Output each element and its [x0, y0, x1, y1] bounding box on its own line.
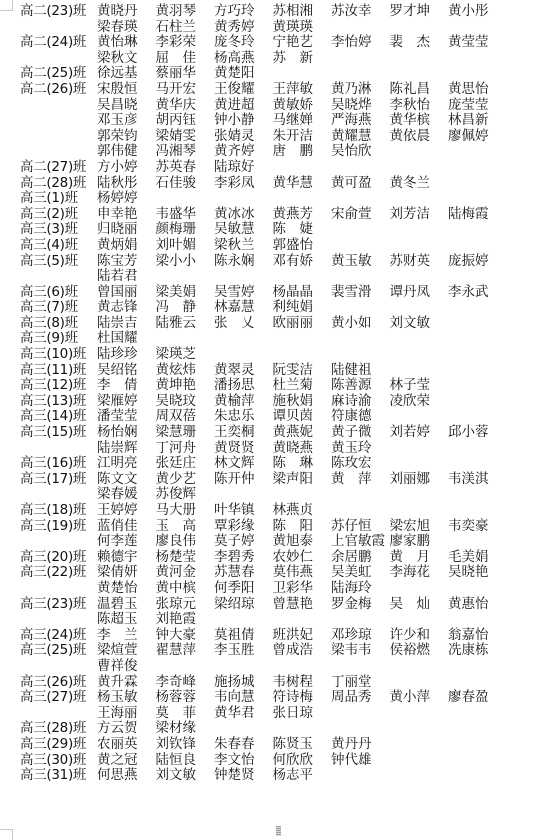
class-row: 高三(23)班温碧玉张琼元梁绍琼曾慧艳罗金梅吴 灿黄惠怡: [20, 597, 507, 613]
student-name: 罗才坤: [390, 4, 449, 20]
student-name: 吴雪婷: [214, 285, 273, 301]
class-row: 吴昌晓黄华庆黄进超黄敏娇吴晓烨李秋怡庞莹莹: [20, 98, 507, 114]
student-name: 凌欣荣: [390, 394, 449, 410]
student-name: 何思燕: [97, 768, 156, 784]
student-name: 阮雯洁: [273, 363, 332, 379]
class-row: 黄楚怡黄中槟何季阳卫彩华陆海玲: [20, 581, 507, 597]
class-label: 高三(2)班: [20, 207, 97, 223]
class-label: 高二(23)班: [20, 4, 97, 20]
student-name: 申幸艳: [97, 207, 156, 223]
class-label: [20, 706, 97, 722]
student-name: 符诗梅: [273, 690, 332, 706]
student-name: 周双蓓: [156, 409, 215, 425]
student-name: 陈 琳: [273, 456, 332, 472]
student-name: 黄小萍: [390, 690, 449, 706]
student-name: 莫伟燕: [273, 565, 332, 581]
student-name: 曾慧艳: [273, 597, 332, 613]
class-label: [20, 581, 97, 597]
student-name: 李文怡: [214, 753, 273, 769]
student-name: 韦向慧: [214, 690, 273, 706]
student-name: 杨蓉蓉: [156, 690, 215, 706]
class-label: 高三(25)班: [20, 643, 97, 659]
class-label: 高三(12)班: [20, 378, 97, 394]
student-name: 施扬城: [214, 675, 273, 691]
student-name: 林子莹: [390, 378, 449, 394]
student-name: 黄小如: [331, 316, 390, 332]
student-name: 黄河金: [156, 565, 215, 581]
student-name: 吴昌晓: [97, 98, 156, 114]
page-corner-mark-top: [0, 0, 13, 11]
student-name: 李 兰: [97, 628, 156, 644]
student-name: 杨玉敏: [97, 690, 156, 706]
student-name: 黄旭泰: [273, 534, 332, 550]
student-name: 黄玉玲: [331, 441, 390, 457]
class-row: 高三(15)班杨怡娴梁慧珊王奕桐黄燕妮黄子微刘若婷邱小蓉: [20, 425, 507, 441]
class-row: 高二(26)班宋殷恒马开宏王俊耀王萍敏黄乃淋陈礼昌黄思怡: [20, 82, 507, 98]
student-name: 严海燕: [331, 113, 390, 129]
class-row: 高三(7)班黄志锋冯 静林嘉慧利纯娟: [20, 300, 507, 316]
class-row: 高三(22)班梁倩妍黄河金苏慧春莫伟燕吴美虹李海花吴晓艳: [20, 565, 507, 581]
student-name: 黄中槟: [156, 581, 215, 597]
student-name: 杨楚莹: [156, 550, 215, 566]
student-name: 梁慧珊: [156, 425, 215, 441]
student-name: 黄志锋: [97, 300, 156, 316]
student-name: 李海花: [390, 565, 449, 581]
student-name: 韦树程: [273, 675, 332, 691]
student-name: 翁嘉怡: [448, 628, 507, 644]
student-name: 黄晓燕: [273, 441, 332, 457]
student-name: 刘艳霞: [156, 612, 215, 628]
class-row: 高三(10)班陆珍珍梁瑛芝: [20, 347, 507, 363]
student-name: 符康德: [331, 409, 390, 425]
student-name: 王俊耀: [214, 82, 273, 98]
student-name: 苏 新: [273, 51, 332, 67]
student-name: 黄燕妮: [273, 425, 332, 441]
class-label: 高二(24)班: [20, 35, 97, 51]
student-name: 陈永娴: [214, 254, 273, 270]
class-row: 高三(13)班梁雁婷吴晓玟黄榆萍施秋娟麻诗渝凌欣荣: [20, 394, 507, 410]
page-corner-mark-bottom: [0, 829, 13, 840]
student-name: 蓝俏佳: [97, 519, 156, 535]
class-row: 高三(28)班方云贺梁材缘: [20, 721, 507, 737]
student-name: 李永武: [448, 285, 507, 301]
class-row: 曹祥俊: [20, 659, 507, 675]
class-row: 高三(30)班黄之冠陆恒良李文怡何欣欣钟代雄: [20, 753, 507, 769]
class-label: [20, 144, 97, 160]
student-name: 梁煊萱: [97, 643, 156, 659]
student-name: 陆秋彤: [97, 176, 156, 192]
student-name: 杨怡娴: [97, 425, 156, 441]
student-name: 马大册: [156, 503, 215, 519]
student-name: 黄炳娟: [97, 238, 156, 254]
student-name: 邓玉彦: [97, 113, 156, 129]
student-name: 梁婧雯: [156, 129, 215, 145]
student-name: 黄晓丹: [97, 4, 156, 20]
student-name: 邓有娇: [273, 254, 332, 270]
student-name: 苏英春: [156, 160, 215, 176]
student-name: 李怡婷: [331, 35, 390, 51]
class-label: [20, 98, 97, 114]
student-name: 黄坤艳: [156, 378, 215, 394]
student-name: 吴怡欣: [331, 144, 390, 160]
student-name: 莫子婷: [214, 534, 273, 550]
student-name: 施秋娟: [273, 394, 332, 410]
student-name: 郭伟健: [97, 144, 156, 160]
student-name: 钟楚贤: [214, 768, 273, 784]
student-name: 莫 菲: [156, 706, 215, 722]
student-name: 吴敏慧: [214, 222, 273, 238]
student-name: 王奕桐: [214, 425, 273, 441]
class-label: 高三(3)班: [20, 222, 97, 238]
class-label: 高三(6)班: [20, 285, 97, 301]
student-name: 曾国丽: [97, 285, 156, 301]
class-label: 高三(1)班: [20, 191, 97, 207]
student-name: 苏俊辉: [156, 487, 215, 503]
student-name: 陆崇辉: [97, 441, 156, 457]
student-name: 钟小静: [214, 113, 273, 129]
student-name: 庞冬玲: [214, 35, 273, 51]
student-name: 陆珍珍: [97, 347, 156, 363]
class-label: [20, 659, 97, 675]
student-name: 陆梅霞: [448, 207, 507, 223]
student-name: 方云贺: [97, 721, 156, 737]
student-name: 余居鹏: [331, 550, 390, 566]
class-row: 高三(27)班杨玉敏杨蓉蓉韦向慧符诗梅周品秀黄小萍廖春盈: [20, 690, 507, 706]
class-label: 高三(14)班: [20, 409, 97, 425]
student-name: 朱开洁: [273, 129, 332, 145]
class-row: 高二(23)班黄晓丹黄羽琴方巧玲苏相湘苏汝幸罗才坤黄小彤: [20, 4, 507, 20]
class-row: 高三(25)班梁煊萱翟慧萍李玉胜曾成浩梁韦韦侯裕燃冼康栋: [20, 643, 507, 659]
student-name: 杨晶晶: [273, 285, 332, 301]
class-row: 高三(17)班陈文文黄少艺陈开仲梁声阳黄 萍刘丽娜韦渼淇: [20, 472, 507, 488]
student-name: 李秋怡: [390, 98, 449, 114]
class-label: 高三(30)班: [20, 753, 97, 769]
student-name: 黄冰冰: [214, 207, 273, 223]
student-name: 林昌新: [448, 113, 507, 129]
student-name: 丁河舟: [156, 441, 215, 457]
class-label: 高三(7)班: [20, 300, 97, 316]
student-name: 胡丙钰: [156, 113, 215, 129]
class-label: [20, 534, 97, 550]
class-row: 高三(5)班陈宝芳梁小小陈永娴邓有娇黄玉敏苏财英庞振婷: [20, 254, 507, 270]
student-name: 潘扬思: [214, 378, 273, 394]
student-name: 黄翠灵: [214, 363, 273, 379]
student-name: 陆雅云: [156, 316, 215, 332]
student-class-list: 高二(23)班黄晓丹黄羽琴方巧玲苏相湘苏汝幸罗才坤黄小彤梁春瑛石柱兰黄秀婷黄瑛瑛…: [20, 4, 507, 784]
student-name: 李彩荣: [156, 35, 215, 51]
student-name: 黄瑛瑛: [273, 20, 332, 36]
student-name: 周品秀: [331, 690, 390, 706]
class-label: [20, 20, 97, 36]
student-name: 陈贤玉: [273, 737, 332, 753]
class-label: 高三(26)班: [20, 675, 97, 691]
student-name: 苏仔恒: [331, 519, 390, 535]
student-name: 梁秋文: [97, 51, 156, 67]
student-name: 黄炫炜: [156, 363, 215, 379]
class-label: 高三(15)班: [20, 425, 97, 441]
student-name: 唐 鹏: [273, 144, 332, 160]
student-name: 邱小蓉: [448, 425, 507, 441]
student-name: 刘若婷: [390, 425, 449, 441]
class-label: 高三(29)班: [20, 737, 97, 753]
student-name: 黄依晨: [390, 129, 449, 145]
class-row: 高三(26)班黄升霖李奇峰施扬城韦树程丁丽堂: [20, 675, 507, 691]
class-label: [20, 113, 97, 129]
student-name: 刘叶媚: [156, 238, 215, 254]
class-row: 高三(19)班蓝俏佳玉 高覃彩缘陈 阳苏仔恒梁宏旭韦奕豪: [20, 519, 507, 535]
student-name: 宋俞萱: [331, 207, 390, 223]
student-name: 曾成浩: [273, 643, 332, 659]
student-name: 欧丽丽: [273, 316, 332, 332]
student-name: 刘丽娜: [390, 472, 449, 488]
student-name: 苏财英: [390, 254, 449, 270]
class-label: 高三(27)班: [20, 690, 97, 706]
class-row: 高三(6)班曾国丽梁美娟吴雪婷杨晶晶裴雪滑谭丹凤李永武: [20, 285, 507, 301]
class-label: 高三(31)班: [20, 768, 97, 784]
student-name: 宋殷恒: [97, 82, 156, 98]
class-row: 邓玉彦胡丙钰钟小静马继婵严海燕黄华槟林昌新: [20, 113, 507, 129]
class-label: 高三(17)班: [20, 472, 97, 488]
student-name: 梁秋兰: [214, 238, 273, 254]
student-name: 张日琼: [273, 706, 332, 722]
student-name: 陈礼昌: [390, 82, 449, 98]
student-name: 钟大豪: [156, 628, 215, 644]
student-name: 方小婷: [97, 160, 156, 176]
student-name: 梁绍琼: [214, 597, 273, 613]
student-name: 郭荣钧: [97, 129, 156, 145]
class-row: 梁春瑛石柱兰黄秀婷黄瑛瑛: [20, 20, 507, 36]
class-row: 何李莲廖良伟莫子婷黄旭泰上官敏霞廖家鹏: [20, 534, 507, 550]
student-name: 郭盛怡: [273, 238, 332, 254]
student-name: 黄冬兰: [390, 176, 449, 192]
student-name: 陆恒良: [156, 753, 215, 769]
student-name: 梁声阳: [273, 472, 332, 488]
student-name: 石柱兰: [156, 20, 215, 36]
student-name: 吴晓烨: [331, 98, 390, 114]
student-name: 梁韦韦: [331, 643, 390, 659]
student-name: 谭贝茵: [273, 409, 332, 425]
student-name: 王萍敏: [273, 82, 332, 98]
student-name: 温碧玉: [97, 597, 156, 613]
student-name: 玉 高: [156, 519, 215, 535]
student-name: 杜国耀: [97, 331, 156, 347]
student-name: 吴美虹: [331, 565, 390, 581]
class-row: 高三(24)班李 兰钟大豪莫祖倩班洪妃邓珍琼许少和翁嘉怡: [20, 628, 507, 644]
student-name: 侯裕燃: [390, 643, 449, 659]
student-name: 廖佩婷: [448, 129, 507, 145]
class-row: 郭伟健冯湘琴黄齐婷唐 鹏吴怡欣: [20, 144, 507, 160]
student-name: 黄思怡: [448, 82, 507, 98]
student-name: 徐远基: [97, 66, 156, 82]
student-name: 吴晓艳: [448, 565, 507, 581]
student-name: 杨婷婷: [97, 191, 156, 207]
student-name: 翟慧萍: [156, 643, 215, 659]
student-name: 钟代雄: [331, 753, 390, 769]
student-name: 马继婵: [273, 113, 332, 129]
student-name: 陆健祖: [331, 363, 390, 379]
student-name: 农丽英: [97, 737, 156, 753]
student-name: 黄华庆: [156, 98, 215, 114]
student-name: 廖家鹏: [390, 534, 449, 550]
student-name: 黄敏娇: [273, 98, 332, 114]
class-row: 高二(25)班徐远基蔡丽华黄楚阳: [20, 66, 507, 82]
class-row: 陆崇辉丁河舟黄贤贤黄晓燕黄玉玲: [20, 441, 507, 457]
student-name: 刘钦锋: [156, 737, 215, 753]
student-name: 刘文敏: [390, 316, 449, 332]
student-name: 张 乂: [214, 316, 273, 332]
class-label: 高二(26)班: [20, 82, 97, 98]
student-name: 曹祥俊: [97, 659, 156, 675]
student-name: 丁丽堂: [331, 675, 390, 691]
student-name: 黄升霖: [97, 675, 156, 691]
class-row: 高三(4)班黄炳娟刘叶媚梁秋兰郭盛怡: [20, 238, 507, 254]
student-name: 利纯娟: [273, 300, 332, 316]
class-row: 陈超玉刘艳霞: [20, 612, 507, 628]
class-row: 高三(1)班杨婷婷: [20, 191, 507, 207]
student-name: 王婷婷: [97, 503, 156, 519]
student-name: 杜兰菊: [273, 378, 332, 394]
student-name: 许少和: [390, 628, 449, 644]
class-row: 高三(3)班归晓丽颜梅珊吴敏慧陈 婕: [20, 222, 507, 238]
student-name: 梁春瑛: [97, 20, 156, 36]
class-row: 高三(8)班陆崇吉陆雅云张 乂欧丽丽黄小如刘文敏: [20, 316, 507, 332]
student-name: 罗金梅: [331, 597, 390, 613]
student-name: 黄进超: [214, 98, 273, 114]
student-name: 黄之冠: [97, 753, 156, 769]
student-name: 王海丽: [97, 706, 156, 722]
student-name: 黄惠怡: [448, 597, 507, 613]
student-name: 归晓丽: [97, 222, 156, 238]
student-name: 陆琼好: [214, 160, 273, 176]
student-name: 冯 静: [156, 300, 215, 316]
class-label: [20, 269, 97, 285]
student-name: 庞振婷: [448, 254, 507, 270]
class-row: 高三(12)班李 倩黄坤艳潘扬思杜兰菊陈善源林子莹: [20, 378, 507, 394]
class-label: 高二(27)班: [20, 160, 97, 176]
student-name: 宁艳艺: [273, 35, 332, 51]
class-row: 高二(27)班方小婷苏英春陆琼好: [20, 160, 507, 176]
class-row: 高三(11)班吴绍铭黄炫炜黄翠灵阮雯洁陆健祖: [20, 363, 507, 379]
student-name: 蔡丽华: [156, 66, 215, 82]
student-name: 何欣欣: [273, 753, 332, 769]
class-label: [20, 612, 97, 628]
student-name: 张婧灵: [214, 129, 273, 145]
student-name: 梁倩妍: [97, 565, 156, 581]
student-name: 何李莲: [97, 534, 156, 550]
class-label: 高三(9)班: [20, 331, 97, 347]
student-name: 吴 灿: [390, 597, 449, 613]
student-name: 吴绍铭: [97, 363, 156, 379]
student-name: 廖春盈: [448, 690, 507, 706]
student-name: 梁小小: [156, 254, 215, 270]
student-name: 黄子微: [331, 425, 390, 441]
student-name: 廖良伟: [156, 534, 215, 550]
class-label: 高三(22)班: [20, 565, 97, 581]
student-name: 陈开仲: [214, 472, 273, 488]
student-name: 马开宏: [156, 82, 215, 98]
class-label: 高三(4)班: [20, 238, 97, 254]
student-name: 庞莹莹: [448, 98, 507, 114]
page-break-marker: [276, 826, 281, 836]
student-name: 颜梅珊: [156, 222, 215, 238]
student-name: 黄 萍: [331, 472, 390, 488]
student-name: 刘文敏: [156, 768, 215, 784]
student-name: 黄丹丹: [331, 737, 390, 753]
class-row: 郭荣钧梁婧雯张婧灵朱开洁黄耀慧黄依晨廖佩婷: [20, 129, 507, 145]
student-name: 莫祖倩: [214, 628, 273, 644]
class-row: 高二(24)班黄怡琳李彩荣庞冬玲宁艳艺李怡婷裴 杰黄莹莹: [20, 35, 507, 51]
class-label: 高三(5)班: [20, 254, 97, 270]
student-name: 刘芳洁: [390, 207, 449, 223]
student-name: 冼康栋: [448, 643, 507, 659]
class-row: 高三(18)班王婷婷马大册叶华镇林燕贞: [20, 503, 507, 519]
student-name: 黄华慧: [273, 176, 332, 192]
class-row: 陆若君: [20, 269, 507, 285]
student-name: 李奇峰: [156, 675, 215, 691]
student-name: 梁瑛芝: [156, 347, 215, 363]
class-row: 高三(9)班杜国耀: [20, 331, 507, 347]
student-name: 黄小彤: [448, 4, 507, 20]
student-name: 梁美娟: [156, 285, 215, 301]
student-name: 方巧玲: [214, 4, 273, 20]
student-name: 黄莹莹: [448, 35, 507, 51]
student-name: 李 倩: [97, 378, 156, 394]
class-label: 高三(23)班: [20, 597, 97, 613]
class-row: 高三(2)班申幸艳韦盛华黄冰冰黄燕芳宋俞萱刘芳洁陆梅霞: [20, 207, 507, 223]
student-name: 韦奕豪: [448, 519, 507, 535]
student-name: 林燕贞: [273, 503, 332, 519]
student-name: 黄楚怡: [97, 581, 156, 597]
student-name: 何季阳: [214, 581, 273, 597]
student-name: 梁材缘: [156, 721, 215, 737]
student-name: 苏汝幸: [331, 4, 390, 20]
student-name: 黄秀婷: [214, 20, 273, 36]
student-name: 朱春春: [214, 737, 273, 753]
student-name: 梁宏旭: [390, 519, 449, 535]
student-name: 朱忠乐: [214, 409, 273, 425]
class-label: 高三(19)班: [20, 519, 97, 535]
student-name: 黄可盈: [331, 176, 390, 192]
student-name: 覃彩缘: [214, 519, 273, 535]
student-name: 黄楚阳: [214, 66, 273, 82]
class-label: [20, 487, 97, 503]
student-name: 陆海玲: [331, 581, 390, 597]
student-name: 陈超玉: [97, 612, 156, 628]
class-row: 高二(28)班陆秋彤石佳骏李彩凤黄华慧黄可盈黄冬兰: [20, 176, 507, 192]
student-name: 黄华君: [214, 706, 273, 722]
student-name: 黄羽琴: [156, 4, 215, 20]
class-label: [20, 441, 97, 457]
student-name: 裴 杰: [390, 35, 449, 51]
student-name: 陈善源: [331, 378, 390, 394]
student-name: 黄耀慧: [331, 129, 390, 145]
class-row: 梁秋文屈 佳杨高燕苏 新: [20, 51, 507, 67]
class-row: 高三(31)班何思燕刘文敏钟楚贤杨志平: [20, 768, 507, 784]
student-name: 黄华槟: [390, 113, 449, 129]
student-name: 黄玉敏: [331, 254, 390, 270]
class-label: 高三(10)班: [20, 347, 97, 363]
student-name: 李玉胜: [214, 643, 273, 659]
class-row: 高三(16)班江明亮张廷庄林文辉陈 琳陈玫宏: [20, 456, 507, 472]
student-name: 陈 阳: [273, 519, 332, 535]
class-label: [20, 129, 97, 145]
student-name: 林文辉: [214, 456, 273, 472]
student-name: 冯湘琴: [156, 144, 215, 160]
class-row: 高三(14)班潘莹莹周双蓓朱忠乐谭贝茵符康德: [20, 409, 507, 425]
student-name: 杨志平: [273, 768, 332, 784]
student-name: 韦渼淇: [448, 472, 507, 488]
class-label: 高三(18)班: [20, 503, 97, 519]
